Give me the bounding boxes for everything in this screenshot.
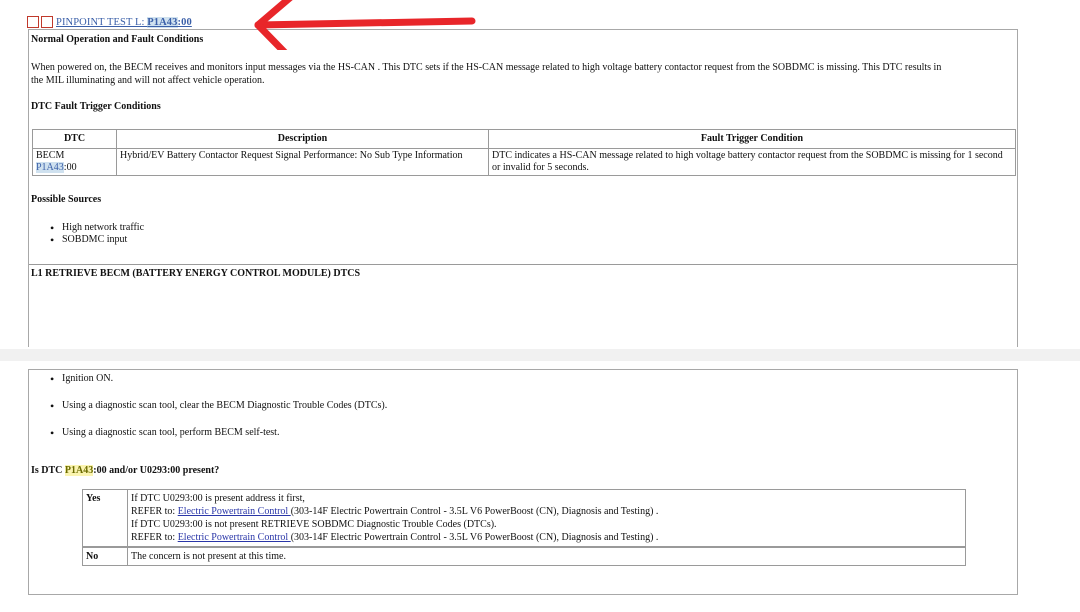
answer-row-no: No The concern is not present at this ti… <box>83 547 966 566</box>
normal-operation-paragraph: When powered on, the BECM receives and m… <box>31 61 1015 87</box>
list-item: Using a diagnostic scan tool, perform BE… <box>50 427 387 439</box>
answer-line: REFER to: Electric Powertrain Control (3… <box>131 531 962 544</box>
column-header-dtc: DTC <box>33 130 117 149</box>
step-l1-panel: Ignition ON. Using a diagnostic scan too… <box>28 369 1018 595</box>
step-heading-l1: L1 RETRIEVE BECM (BATTERY ENERGY CONTROL… <box>31 268 360 279</box>
refer-suffix: (303-14F Electric Powertrain Control - 3… <box>291 506 659 517</box>
pinpoint-test-panel: Normal Operation and Fault Conditions Wh… <box>28 29 1018 347</box>
red-arrow-annotation-icon <box>248 0 488 50</box>
answer-line: REFER to: Electric Powertrain Control (3… <box>131 505 962 518</box>
paragraph-line: When powered on, the BECM receives and m… <box>31 61 1015 74</box>
question-dtc-code: P1A43 <box>65 465 93 476</box>
answer-label-no: No <box>83 547 128 566</box>
column-header-fault-trigger-condition: Fault Trigger Condition <box>489 130 1016 149</box>
electric-powertrain-control-link[interactable]: Electric Powertrain Control <box>178 506 291 517</box>
table-row: BECM P1A43:00 Hybrid/EV Battery Contacto… <box>33 149 1016 176</box>
condition-cell: DTC indicates a HS-CAN message related t… <box>489 149 1016 176</box>
section-heading-possible-sources: Possible Sources <box>31 194 101 205</box>
page-separator <box>0 349 1080 361</box>
title-prefix: PINPOINT TEST L: <box>56 17 147 28</box>
description-cell: Hybrid/EV Battery Contactor Request Sign… <box>117 149 489 176</box>
pinpoint-test-title-link[interactable]: PINPOINT TEST L: P1A43:00 <box>56 17 192 28</box>
possible-sources-list: High network traffic SOBDMC input <box>50 222 144 246</box>
question-prefix: Is DTC <box>31 465 65 476</box>
section-heading-normal-operation: Normal Operation and Fault Conditions <box>31 34 203 45</box>
answer-line: If DTC U0293:00 is not present RETRIEVE … <box>131 518 962 531</box>
answer-content-no: The concern is not present at this time. <box>128 547 966 566</box>
title-dtc-suffix: :00 <box>178 17 192 28</box>
pinpoint-test-title-row: PINPOINT TEST L: P1A43:00 <box>27 12 192 28</box>
answer-line: If DTC U0293:00 is present address it fi… <box>131 492 962 505</box>
refer-suffix: (303-14F Electric Powertrain Control - 3… <box>291 532 659 543</box>
refer-prefix: REFER to: <box>131 506 178 517</box>
checkbox-icon[interactable] <box>41 16 53 28</box>
list-item: High network traffic <box>50 222 144 234</box>
refer-prefix: REFER to: <box>131 532 178 543</box>
dtc-suffix: :00 <box>64 162 77 173</box>
column-header-description: Description <box>117 130 489 149</box>
section-heading-fault-trigger: DTC Fault Trigger Conditions <box>31 101 161 112</box>
dtc-fault-trigger-table: DTC Description Fault Trigger Condition … <box>32 129 1016 176</box>
section-divider <box>29 264 1017 265</box>
list-item: SOBDMC input <box>50 234 144 246</box>
paragraph-line: the MIL illuminating and will not affect… <box>31 74 1015 87</box>
checkbox-icon[interactable] <box>27 16 39 28</box>
title-dtc-id: P1A43 <box>147 17 177 28</box>
dtc-code: P1A43 <box>36 162 64 173</box>
dtc-module: BECM <box>36 150 113 162</box>
answer-row-yes: Yes If DTC U0293:00 is present address i… <box>83 490 966 548</box>
step-list: Ignition ON. Using a diagnostic scan too… <box>50 373 387 439</box>
list-item: Ignition ON. <box>50 373 387 385</box>
electric-powertrain-control-link[interactable]: Electric Powertrain Control <box>178 532 291 543</box>
list-item: Using a diagnostic scan tool, clear the … <box>50 400 387 412</box>
answer-label-yes: Yes <box>83 490 128 548</box>
yes-no-answer-table: Yes If DTC U0293:00 is present address i… <box>82 489 966 566</box>
answer-content-yes: If DTC U0293:00 is present address it fi… <box>128 490 966 548</box>
dtc-cell: BECM P1A43:00 <box>33 149 117 176</box>
step-question: Is DTC P1A43:00 and/or U0293:00 present? <box>31 465 219 476</box>
question-suffix: :00 and/or U0293:00 present? <box>93 465 219 476</box>
